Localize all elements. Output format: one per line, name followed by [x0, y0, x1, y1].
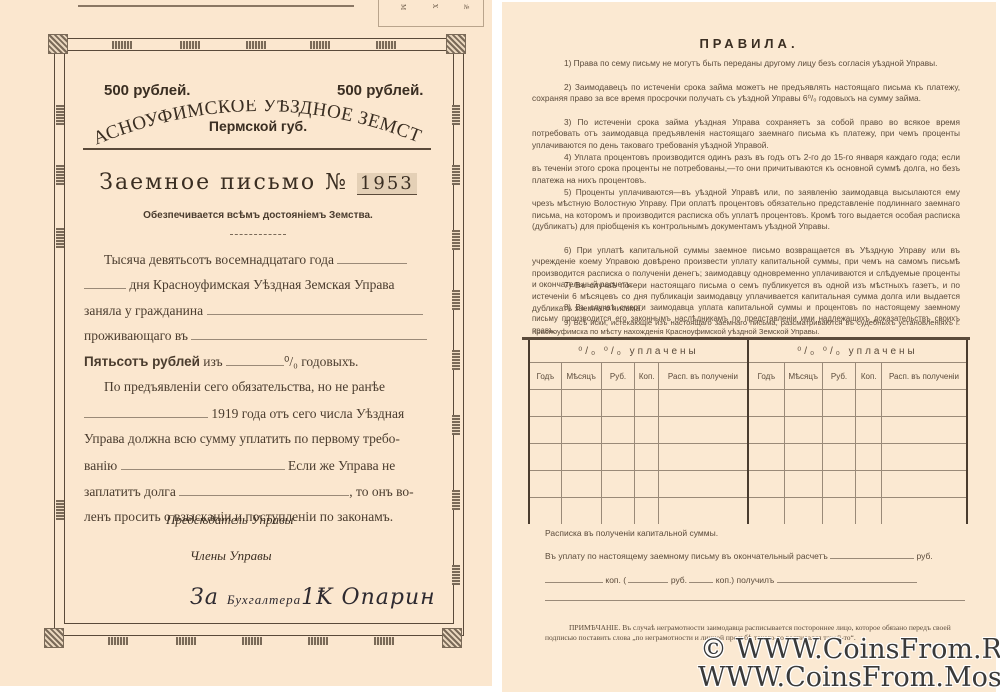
final-amount-rub-field[interactable] — [830, 550, 914, 559]
body-line: дня Красноуфимская Уѣздная Земская Управ… — [84, 276, 432, 305]
column-header-receipt: Расп. въ полученiи — [658, 363, 748, 390]
border-ornament-icon — [308, 637, 328, 645]
interest-rate-field[interactable] — [226, 353, 284, 366]
flourish-divider-icon — [230, 234, 286, 235]
body-line: заплатитъ долга , то онъ во- — [84, 483, 432, 512]
border-ornament-icon — [242, 637, 262, 645]
rules-title: ПРАВИЛА. — [502, 36, 996, 51]
signature-line — [545, 600, 965, 601]
rub-words-field[interactable] — [628, 574, 668, 583]
corner-ornament-icon — [48, 34, 68, 54]
table-row — [529, 471, 967, 498]
counterfoil-stub: М Х № — [378, 0, 484, 27]
recipient-signature-field[interactable] — [777, 574, 917, 583]
corner-ornament-icon — [44, 628, 64, 648]
border-ornament-icon — [246, 41, 266, 49]
chairman-signature-label: Предсѣдатель Управы — [166, 512, 293, 528]
stub-mark: М — [399, 4, 406, 10]
border-ornament-icon — [452, 230, 460, 250]
rule-item: 5) Проценты уплачиваются—въ уѣздной Упра… — [532, 187, 960, 233]
border-ornament-icon — [108, 637, 128, 645]
day-blank-field[interactable] — [84, 276, 126, 289]
table-row — [529, 417, 967, 444]
secured-by-text: Обезпечивается всѣмъ достоянiемъ Земства… — [0, 210, 516, 221]
receipt-line: коп. ( руб. коп.) получилъ — [545, 574, 917, 585]
table-row — [529, 498, 967, 525]
stub-mark: Х — [431, 4, 438, 8]
border-ornament-icon — [310, 41, 330, 49]
members-signature-label: Члены Управы — [190, 548, 272, 564]
debt-field[interactable] — [179, 483, 349, 496]
title-text: Заемное письмо № — [99, 170, 348, 195]
denomination-left: 500 рублей. — [104, 82, 190, 99]
column-header-year: Годъ — [529, 363, 561, 390]
table-row — [529, 444, 967, 471]
column-header-receipt: Расп. въ полученiи — [882, 363, 968, 390]
final-amount-kop-field[interactable] — [545, 574, 603, 583]
body-line: По предъявленiи сего обязательства, но н… — [84, 379, 432, 408]
rule-item: 3) По истеченiи срока займа уѣздная Упра… — [532, 117, 960, 151]
border-ornament-icon — [112, 41, 132, 49]
body-line: Управа должна всю сумму уплатить по перв… — [84, 431, 432, 460]
body-line: проживающаго въ — [84, 327, 432, 356]
lender-name-field[interactable] — [207, 302, 423, 315]
column-header-rub: Руб. — [601, 363, 635, 390]
province-label: Пермской губ. — [0, 118, 516, 134]
border-ornament-icon — [452, 290, 460, 310]
receipt-line: Въ уплату по настоящему заемному письму … — [545, 550, 933, 561]
table-group-header: ⁰/₀ ⁰/₀ уплачены — [529, 340, 748, 363]
watermark-line-2: WWW.CoinsFrom.Moscow — [698, 662, 1000, 693]
body-line: ванiю Если же Управа не — [84, 457, 432, 486]
column-header-kop: Коп. — [856, 363, 882, 390]
corner-ornament-icon — [442, 628, 462, 648]
column-header-month: Мѣсяцъ — [561, 363, 601, 390]
denomination-right: 500 рублей. — [337, 82, 423, 99]
body-line: Пятьсотъ рублей изъ ⁰/₀ годовыхъ. — [84, 353, 432, 382]
border-ornament-icon — [56, 500, 64, 520]
due-date-field[interactable] — [84, 405, 208, 418]
table-group-header: ⁰/₀ ⁰/₀ уплачены — [748, 340, 967, 363]
receipt-title: Расписка въ полученiи капитальной суммы. — [545, 528, 718, 538]
watermark-line-1: © WWW.CoinsFrom.Ru — [700, 634, 1000, 665]
rule-item: 9) Всѣ иски, истекающiе изъ настоящаго з… — [532, 318, 960, 336]
title-divider — [83, 148, 431, 150]
border-ornament-icon — [452, 415, 460, 435]
table-row — [529, 390, 967, 417]
demand-field[interactable] — [121, 457, 285, 470]
residence-field[interactable] — [191, 327, 427, 340]
border-ornament-icon — [374, 637, 394, 645]
rule-item: 2) Заимодавецъ по истеченiи срока займа … — [532, 82, 960, 105]
column-header-kop: Коп. — [635, 363, 659, 390]
column-header-rub: Руб. — [822, 363, 856, 390]
document-title: Заемное письмо № 1953 — [0, 170, 516, 195]
border-ornament-icon — [452, 565, 460, 585]
column-header-year: Годъ — [748, 363, 784, 390]
rule-item: 4) Уплата процентовъ производится одинъ … — [532, 152, 960, 186]
rule-item: 1) Права по сему письму не могутъ быть п… — [532, 58, 960, 69]
body-line: 1919 года отъ сего числа Уѣздная — [84, 405, 432, 434]
stub-mark: № — [463, 4, 470, 11]
gutter — [492, 0, 502, 694]
accountant-signature: За Бухгалтера1Ꝁ Опарин — [190, 585, 436, 610]
kop-words-field[interactable] — [689, 574, 713, 583]
corner-ornament-icon — [446, 34, 466, 54]
column-header-month: Мѣсяцъ — [784, 363, 822, 390]
border-ornament-icon — [452, 350, 460, 370]
border-ornament-icon — [376, 41, 396, 49]
stub-top-rule — [78, 5, 354, 7]
date-blank-field[interactable] — [337, 251, 407, 264]
border-ornament-icon — [180, 41, 200, 49]
border-ornament-icon — [176, 637, 196, 645]
serial-number: 1953 — [357, 173, 417, 195]
interest-payment-table: ⁰/₀ ⁰/₀ уплачены ⁰/₀ ⁰/₀ уплачены Годъ М… — [528, 340, 968, 524]
border-ornament-icon — [452, 490, 460, 510]
border-ornament-icon — [56, 228, 64, 248]
